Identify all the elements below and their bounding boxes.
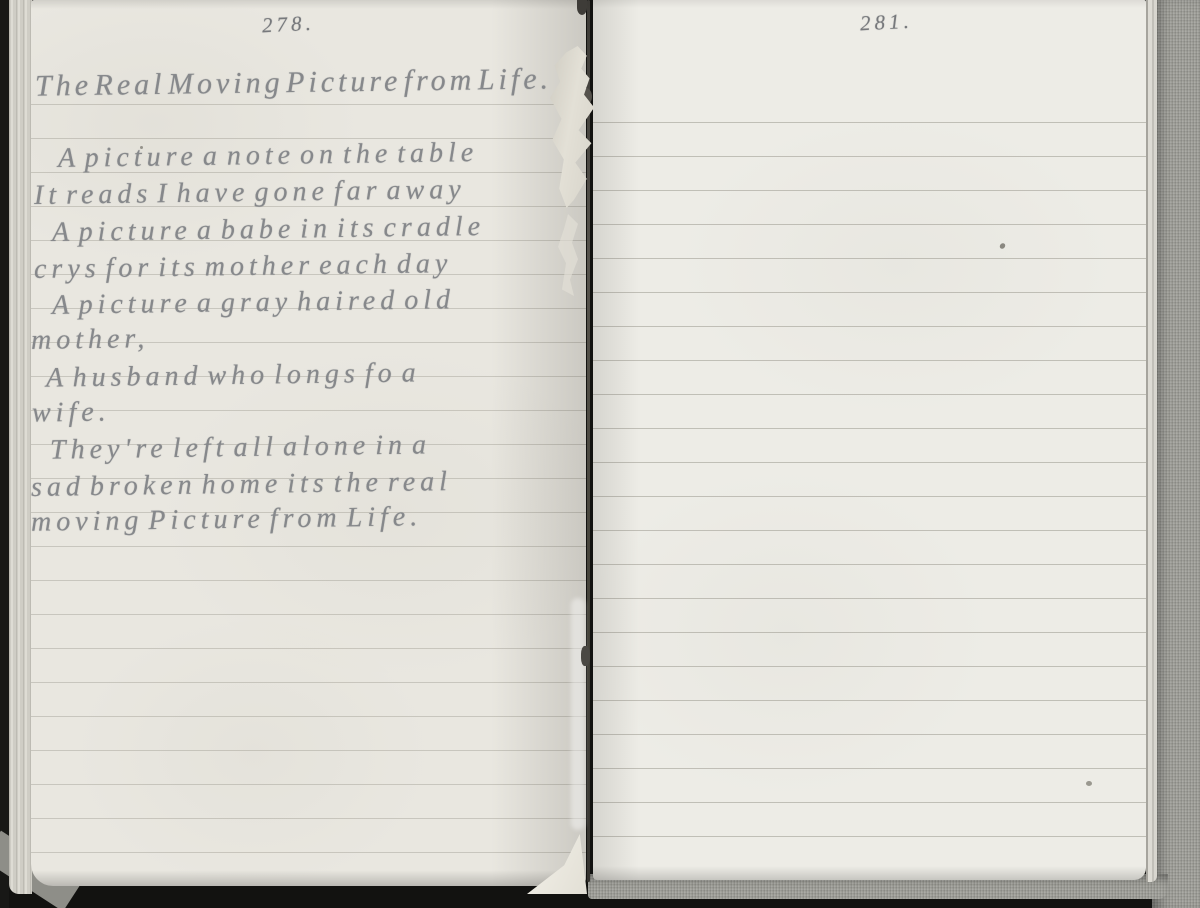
poem-line: A picture a babe in its cradle [52, 211, 485, 249]
binding-notch [581, 646, 590, 666]
left-dark-edge [0, 0, 9, 908]
poem-line: sad broken home its the real [31, 466, 452, 504]
binding-gutter [587, 0, 590, 882]
poem-line: crys for its mother each day [34, 248, 453, 286]
poem-line: They're left all alone in a [50, 429, 431, 466]
poem-line: mother, [31, 323, 149, 357]
poem-line: moving Picture from Life. [31, 501, 422, 538]
cover-fabric-right [1152, 0, 1200, 908]
stacked-page-edges-right [1146, 0, 1157, 882]
poem-line: A husband who longs fo a [46, 357, 421, 394]
left-page: 278. The Real Moving Picture from Life. … [31, 0, 586, 886]
binding-notch [577, 0, 587, 15]
notebook-spread: 278. The Real Moving Picture from Life. … [0, 0, 1200, 908]
gutter-shadow-right [593, 0, 639, 880]
poem-title: The Real Moving Picture from Life. [35, 62, 552, 103]
paper-speck [1086, 781, 1092, 786]
page-curl-highlight [571, 598, 585, 830]
page-number-left: 278. [261, 11, 315, 39]
stacked-page-edges-left [9, 0, 32, 894]
right-page: 281. [593, 0, 1146, 880]
ruled-lines-right [593, 122, 1146, 862]
poem-line: A picture a gray haired old [52, 284, 455, 322]
poem-line: A picture a note on the table [58, 137, 479, 175]
poem-line: It reads I have gone far away [34, 174, 466, 212]
page-number-right: 281. [859, 9, 913, 37]
paper-speck [140, 146, 143, 149]
poem-line: wife. [32, 396, 111, 429]
